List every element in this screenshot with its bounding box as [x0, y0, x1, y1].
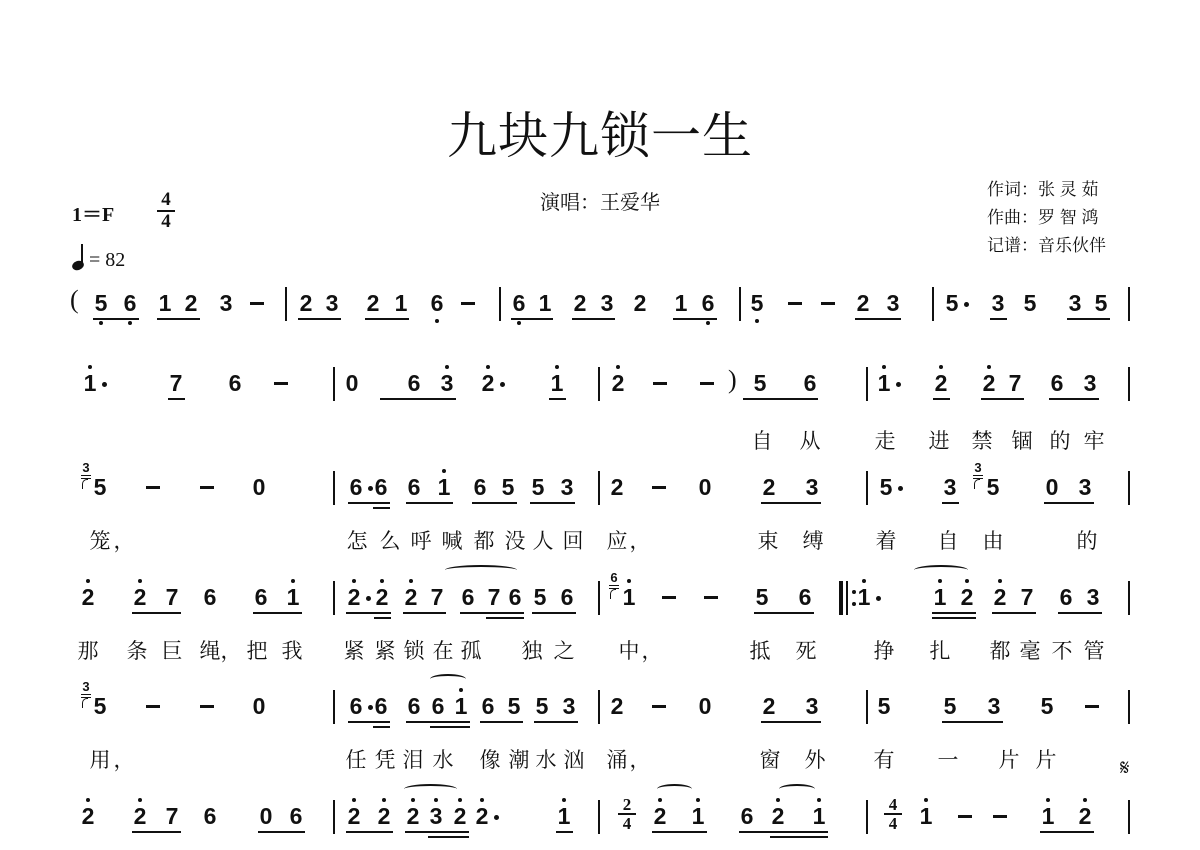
beam-underline — [549, 398, 566, 400]
sustain-dash — [250, 302, 264, 305]
octave-dot-above — [434, 798, 438, 802]
sustain-dash — [652, 705, 666, 708]
song-title: 九块九锁一生 — [0, 96, 1200, 168]
lyric-char: 在 — [431, 635, 455, 665]
octave-dot-above — [409, 579, 413, 583]
beam-underline — [1067, 318, 1110, 320]
beam-underline — [480, 721, 523, 723]
grace-note: 3 — [973, 462, 983, 479]
jianpu-note: 0 — [695, 694, 715, 718]
beam-underline — [406, 721, 470, 723]
jianpu-note: 6 — [470, 475, 490, 499]
barline — [598, 690, 600, 724]
beam-underline — [556, 831, 573, 833]
lyric-char: 怎 — [345, 525, 369, 555]
jianpu-note: 6 — [795, 585, 815, 609]
jianpu-note: 6 — [557, 585, 577, 609]
jianpu-note: 2 — [931, 371, 951, 395]
beam-underline — [532, 612, 576, 614]
jianpu-note: 6 — [427, 291, 447, 315]
barline — [1128, 287, 1130, 321]
jianpu-note: 2 — [296, 291, 316, 315]
beam-underline — [770, 836, 828, 838]
octave-dot-above — [486, 365, 490, 369]
lyric-char: 锢 — [1010, 425, 1034, 455]
beam-underline — [405, 831, 469, 833]
beam-underline — [373, 726, 390, 728]
jianpu-note: 2 — [181, 291, 201, 315]
beam-underline — [430, 726, 470, 728]
jianpu-note: 1 — [451, 694, 471, 718]
beam-underline — [534, 721, 578, 723]
sustain-dash — [274, 382, 288, 385]
jianpu-note: 5 — [1091, 291, 1111, 315]
lyric-char: 人 — [531, 525, 555, 555]
jianpu-note: 1 — [619, 585, 639, 609]
barline — [1128, 471, 1130, 505]
jianpu-note: 7 — [162, 585, 182, 609]
jianpu-note: 1 — [1038, 804, 1058, 828]
lyric-char: 外 — [803, 744, 827, 774]
lyric-char: 自 — [936, 525, 960, 555]
lyric-char: 不 — [1050, 635, 1074, 665]
jianpu-note: 3 — [883, 291, 903, 315]
barline — [285, 287, 287, 321]
octave-dot-below — [517, 321, 521, 325]
jianpu-note: 1 — [671, 291, 691, 315]
jianpu-note: 2 — [957, 585, 977, 609]
jianpu-note: 2 — [759, 475, 779, 499]
beam-underline — [739, 831, 828, 833]
lyric-char: 呼 — [409, 525, 433, 555]
lyric-char: 把 — [245, 635, 269, 665]
lyric-char: 从 — [798, 425, 822, 455]
jianpu-note: 2 — [979, 371, 999, 395]
credits-block: 作词：张 灵 茹 作曲：罗 智 鸿 记谱：音乐伙伴 — [987, 176, 1106, 260]
jianpu-note: 0 — [256, 804, 276, 828]
grace-hook — [974, 479, 980, 489]
beam-underline — [348, 721, 390, 723]
jianpu-note: 6 — [371, 475, 391, 499]
octave-dot-above — [352, 579, 356, 583]
jianpu-note: 6 — [404, 371, 424, 395]
jianpu-note: 3 — [1065, 291, 1085, 315]
lyric-char: 中 — [617, 635, 641, 665]
sustain-dash — [200, 486, 214, 489]
octave-dot-above — [987, 365, 991, 369]
octave-dot-above — [291, 579, 295, 583]
jianpu-note: 7 — [484, 585, 504, 609]
lyric-char: 应 — [605, 525, 629, 555]
octave-dot-above — [138, 579, 142, 583]
lyric-char: 一 — [936, 744, 960, 774]
lyric-char: 我 — [280, 635, 304, 665]
barline — [866, 367, 868, 401]
lyric-char: 涌 — [605, 744, 629, 774]
jianpu-note: 6 — [200, 585, 220, 609]
beam-underline — [346, 612, 391, 614]
jianpu-note: 5 — [876, 475, 896, 499]
segno-icon: 𝄋 — [1120, 756, 1129, 781]
jianpu-note: 2 — [570, 291, 590, 315]
jianpu-note: 6 — [346, 694, 366, 718]
sustain-dash — [958, 815, 972, 818]
beam-underline — [942, 502, 959, 504]
jianpu-note: 2 — [650, 804, 670, 828]
beam-underline — [348, 502, 390, 504]
jianpu-note: 7 — [1017, 585, 1037, 609]
slur — [657, 784, 692, 794]
jianpu-note: 3 — [802, 475, 822, 499]
jianpu-note: 2 — [344, 804, 364, 828]
barline — [598, 581, 600, 615]
jianpu-note: 0 — [695, 475, 715, 499]
repeat-start-thick-bar — [839, 581, 843, 615]
jianpu-note: 6 — [698, 291, 718, 315]
quarter-note-icon — [72, 244, 84, 270]
lyric-char: 挣 — [872, 635, 896, 665]
repeat-start-thin-bar — [846, 581, 848, 615]
jianpu-note: 3 — [216, 291, 236, 315]
octave-dot-above — [458, 798, 462, 802]
lyric-char: 禁 — [970, 425, 994, 455]
jianpu-note: 1 — [547, 371, 567, 395]
sustain-dash — [704, 596, 718, 599]
jianpu-note: 2 — [1075, 804, 1095, 828]
jianpu-note: 6 — [404, 475, 424, 499]
jianpu-note: 3 — [426, 804, 446, 828]
beam-underline — [168, 398, 185, 400]
jianpu-note: 3 — [1075, 475, 1095, 499]
beam-underline — [157, 318, 200, 320]
lyric-char: ， — [628, 525, 652, 555]
lyric-char: 水 — [431, 744, 455, 774]
jianpu-note: 6 — [371, 694, 391, 718]
lyric-char: 巨 — [160, 635, 184, 665]
lyric-char: 紧 — [373, 635, 397, 665]
jianpu-note: 3 — [559, 694, 579, 718]
jianpu-note: 5 — [91, 291, 111, 315]
lyric-char: 死 — [794, 635, 818, 665]
jianpu-note: 0 — [342, 371, 362, 395]
lyric-char: 的 — [1048, 425, 1072, 455]
lyric-char: 泪 — [401, 744, 425, 774]
jianpu-note: 6 — [200, 804, 220, 828]
beam-underline — [855, 318, 901, 320]
barline — [866, 800, 868, 834]
jianpu-note: 2 — [759, 694, 779, 718]
sustain-dash — [993, 815, 1007, 818]
sustain-dash — [146, 705, 160, 708]
sustain-dash — [652, 486, 666, 489]
slur — [430, 674, 466, 684]
slur — [445, 565, 517, 575]
octave-dot-above — [138, 798, 142, 802]
jianpu-note: 6 — [120, 291, 140, 315]
barline — [499, 287, 501, 321]
octave-dot-above — [965, 579, 969, 583]
jianpu-note: 1 — [535, 291, 555, 315]
jianpu-note: 2 — [630, 291, 650, 315]
beam-underline — [932, 617, 976, 619]
beam-underline — [761, 721, 821, 723]
jianpu-note: 6 — [1047, 371, 1067, 395]
jianpu-note: 6 — [251, 585, 271, 609]
jianpu-note: 5 — [530, 585, 550, 609]
close-parenthesis: ) — [728, 365, 737, 395]
octave-dot-above — [445, 365, 449, 369]
beam-underline — [743, 398, 818, 400]
lyricist-credit: 作词：张 灵 茹 — [987, 176, 1106, 204]
jianpu-note: 5 — [532, 694, 552, 718]
beam-underline — [1040, 831, 1094, 833]
beam-underline — [460, 612, 524, 614]
slur — [779, 784, 815, 794]
jianpu-note: 6 — [225, 371, 245, 395]
beam-underline — [990, 318, 1007, 320]
jianpu-note: 1 — [874, 371, 894, 395]
barline — [598, 800, 600, 834]
lyric-char: 缚 — [801, 525, 825, 555]
beam-underline — [365, 318, 409, 320]
beam-underline — [1049, 398, 1099, 400]
barline — [333, 690, 335, 724]
lyric-char: 用 — [88, 744, 112, 774]
octave-dot-above — [658, 798, 662, 802]
octave-dot-above — [555, 365, 559, 369]
octave-dot-above — [380, 579, 384, 583]
jianpu-note: 6 — [737, 804, 757, 828]
octave-dot-above — [696, 798, 700, 802]
jianpu-note: 2 — [403, 804, 423, 828]
barline — [1128, 581, 1130, 615]
lyric-char: 那 — [76, 635, 100, 665]
jianpu-note: 2 — [768, 804, 788, 828]
jianpu-note: 2 — [853, 291, 873, 315]
lyric-char: 走 — [873, 425, 897, 455]
jianpu-note: 0 — [249, 475, 269, 499]
jianpu-note: 1 — [391, 291, 411, 315]
jianpu-note: 1 — [930, 585, 950, 609]
barline — [333, 581, 335, 615]
octave-dot-below — [128, 321, 132, 325]
octave-dot-above — [86, 798, 90, 802]
slur — [404, 784, 457, 794]
beam-underline — [93, 318, 139, 320]
jianpu-note: 6 — [404, 694, 424, 718]
lyric-char: 由 — [981, 525, 1005, 555]
lyric-char: 条 — [125, 635, 149, 665]
barline — [333, 471, 335, 505]
lyric-char: 紧 — [342, 635, 366, 665]
time-signature-change: 24 — [617, 796, 637, 832]
grace-note: 6 — [609, 572, 619, 589]
jianpu-note: 2 — [450, 804, 470, 828]
jianpu-note: 2 — [78, 585, 98, 609]
octave-dot-above — [862, 579, 866, 583]
lyric-char: 的 — [1075, 525, 1099, 555]
transcriber-credit: 记谱：音乐伙伴 — [987, 232, 1106, 260]
beam-underline — [486, 617, 524, 619]
lyric-char: 笼 — [88, 525, 112, 555]
slur — [914, 565, 968, 575]
beam-underline — [406, 502, 453, 504]
beam-underline — [298, 318, 341, 320]
barline — [1128, 800, 1130, 834]
octave-dot-above — [1046, 798, 1050, 802]
beam-underline — [942, 721, 1003, 723]
beam-underline — [511, 318, 553, 320]
lyric-char: 有 — [872, 744, 896, 774]
jianpu-note: 7 — [162, 804, 182, 828]
lyric-char: 抵 — [748, 635, 772, 665]
augmentation-dot — [896, 382, 901, 387]
beam-underline — [373, 507, 390, 509]
jianpu-note: 5 — [528, 475, 548, 499]
jianpu-note: 2 — [401, 585, 421, 609]
sustain-dash — [1085, 705, 1099, 708]
time-signature-bottom: 4 — [156, 212, 176, 232]
jianpu-note: 2 — [990, 585, 1010, 609]
octave-dot-above — [411, 798, 415, 802]
lyric-char: 汹 — [562, 744, 586, 774]
tempo-value: = 82 — [89, 249, 125, 271]
octave-dot-above — [924, 798, 928, 802]
beam-underline — [673, 318, 717, 320]
time-signature: 4 4 — [156, 190, 176, 232]
jianpu-note: 1 — [434, 475, 454, 499]
lyric-char: 窗 — [758, 744, 782, 774]
jianpu-note: 2 — [130, 804, 150, 828]
jianpu-note: 1 — [688, 804, 708, 828]
jianpu-note: 1 — [809, 804, 829, 828]
octave-dot-above — [442, 469, 446, 473]
jianpu-note: 7 — [1005, 371, 1025, 395]
beam-underline — [132, 612, 181, 614]
jianpu-note: 5 — [874, 694, 894, 718]
lyric-char: 锁 — [402, 635, 426, 665]
beam-underline — [374, 617, 391, 619]
jianpu-note: 2 — [478, 371, 498, 395]
beam-underline — [932, 612, 976, 614]
lyric-char: 束 — [756, 525, 780, 555]
jianpu-note: 3 — [988, 291, 1008, 315]
octave-dot-above — [776, 798, 780, 802]
sustain-dash — [788, 302, 802, 305]
lyric-char: 像 — [478, 744, 502, 774]
lyric-char: ， — [640, 635, 664, 665]
lyric-char: 喊 — [440, 525, 464, 555]
beam-underline — [253, 612, 302, 614]
octave-dot-below — [755, 319, 759, 323]
sustain-dash — [653, 382, 667, 385]
grace-hook — [610, 589, 616, 599]
augmentation-dot — [898, 486, 903, 491]
tempo-marking: = 82 — [72, 244, 125, 272]
lyric-char: 任 — [344, 744, 368, 774]
octave-dot-above — [88, 365, 92, 369]
sustain-dash — [146, 486, 160, 489]
octave-dot-above — [817, 798, 821, 802]
jianpu-note: 1 — [155, 291, 175, 315]
augmentation-dot — [494, 815, 499, 820]
octave-dot-below — [435, 319, 439, 323]
lyric-char: 自 — [750, 425, 774, 455]
jianpu-note: 5 — [942, 291, 962, 315]
lyric-char: 么 — [378, 525, 402, 555]
lyric-char: 凭 — [373, 744, 397, 774]
jianpu-note: 6 — [1056, 585, 1076, 609]
grace-hook — [82, 479, 88, 489]
jianpu-note: 0 — [1042, 475, 1062, 499]
jianpu-note: 6 — [428, 694, 448, 718]
sustain-dash — [662, 596, 676, 599]
barline — [1128, 690, 1130, 724]
jianpu-note: 2 — [607, 694, 627, 718]
octave-dot-above — [480, 798, 484, 802]
beam-underline — [258, 831, 305, 833]
sustain-dash — [461, 302, 475, 305]
jianpu-note: 5 — [747, 291, 767, 315]
jianpu-note: 2 — [78, 804, 98, 828]
jianpu-note: 3 — [940, 475, 960, 499]
jianpu-note: 6 — [478, 694, 498, 718]
jianpu-note: 0 — [249, 694, 269, 718]
beam-underline — [406, 398, 456, 400]
open-parenthesis: ( — [70, 285, 79, 315]
jianpu-note: 2 — [608, 371, 628, 395]
jianpu-note: 2 — [607, 475, 627, 499]
barline — [333, 367, 335, 401]
octave-dot-above — [562, 798, 566, 802]
lyric-char: 水 — [534, 744, 558, 774]
jianpu-note: 6 — [286, 804, 306, 828]
octave-dot-above — [938, 579, 942, 583]
barline — [598, 367, 600, 401]
jianpu-note: 5 — [90, 694, 110, 718]
beam-underline — [530, 502, 575, 504]
lyric-char: 没 — [503, 525, 527, 555]
time-signature-top: 4 — [156, 190, 176, 210]
octave-dot-below — [99, 321, 103, 325]
barline — [866, 471, 868, 505]
jianpu-note: 7 — [166, 371, 186, 395]
lyric-char: ， — [219, 635, 243, 665]
beam-underline — [403, 612, 446, 614]
octave-dot-above — [86, 579, 90, 583]
jianpu-note: 3 — [802, 694, 822, 718]
lyric-char: 片 — [1034, 744, 1058, 774]
lyric-char: 回 — [561, 525, 585, 555]
lyric-char: 管 — [1082, 635, 1106, 665]
time-signature-change: 44 — [883, 796, 903, 832]
barline — [1128, 367, 1130, 401]
jianpu-note: 2 — [130, 585, 150, 609]
beam-underline — [472, 502, 517, 504]
beam-underline — [652, 831, 707, 833]
octave-dot-above — [382, 798, 386, 802]
key-signature: 1＝F — [72, 198, 114, 227]
jianpu-note: 6 — [346, 475, 366, 499]
octave-dot-above — [627, 579, 631, 583]
jianpu-note: 6 — [509, 291, 529, 315]
jianpu-note: 6 — [505, 585, 525, 609]
jianpu-note: 5 — [752, 585, 772, 609]
augmentation-dot — [964, 302, 969, 307]
jianpu-note: 5 — [1037, 694, 1057, 718]
jianpu-note: 1 — [854, 585, 874, 609]
jianpu-note: 3 — [557, 475, 577, 499]
